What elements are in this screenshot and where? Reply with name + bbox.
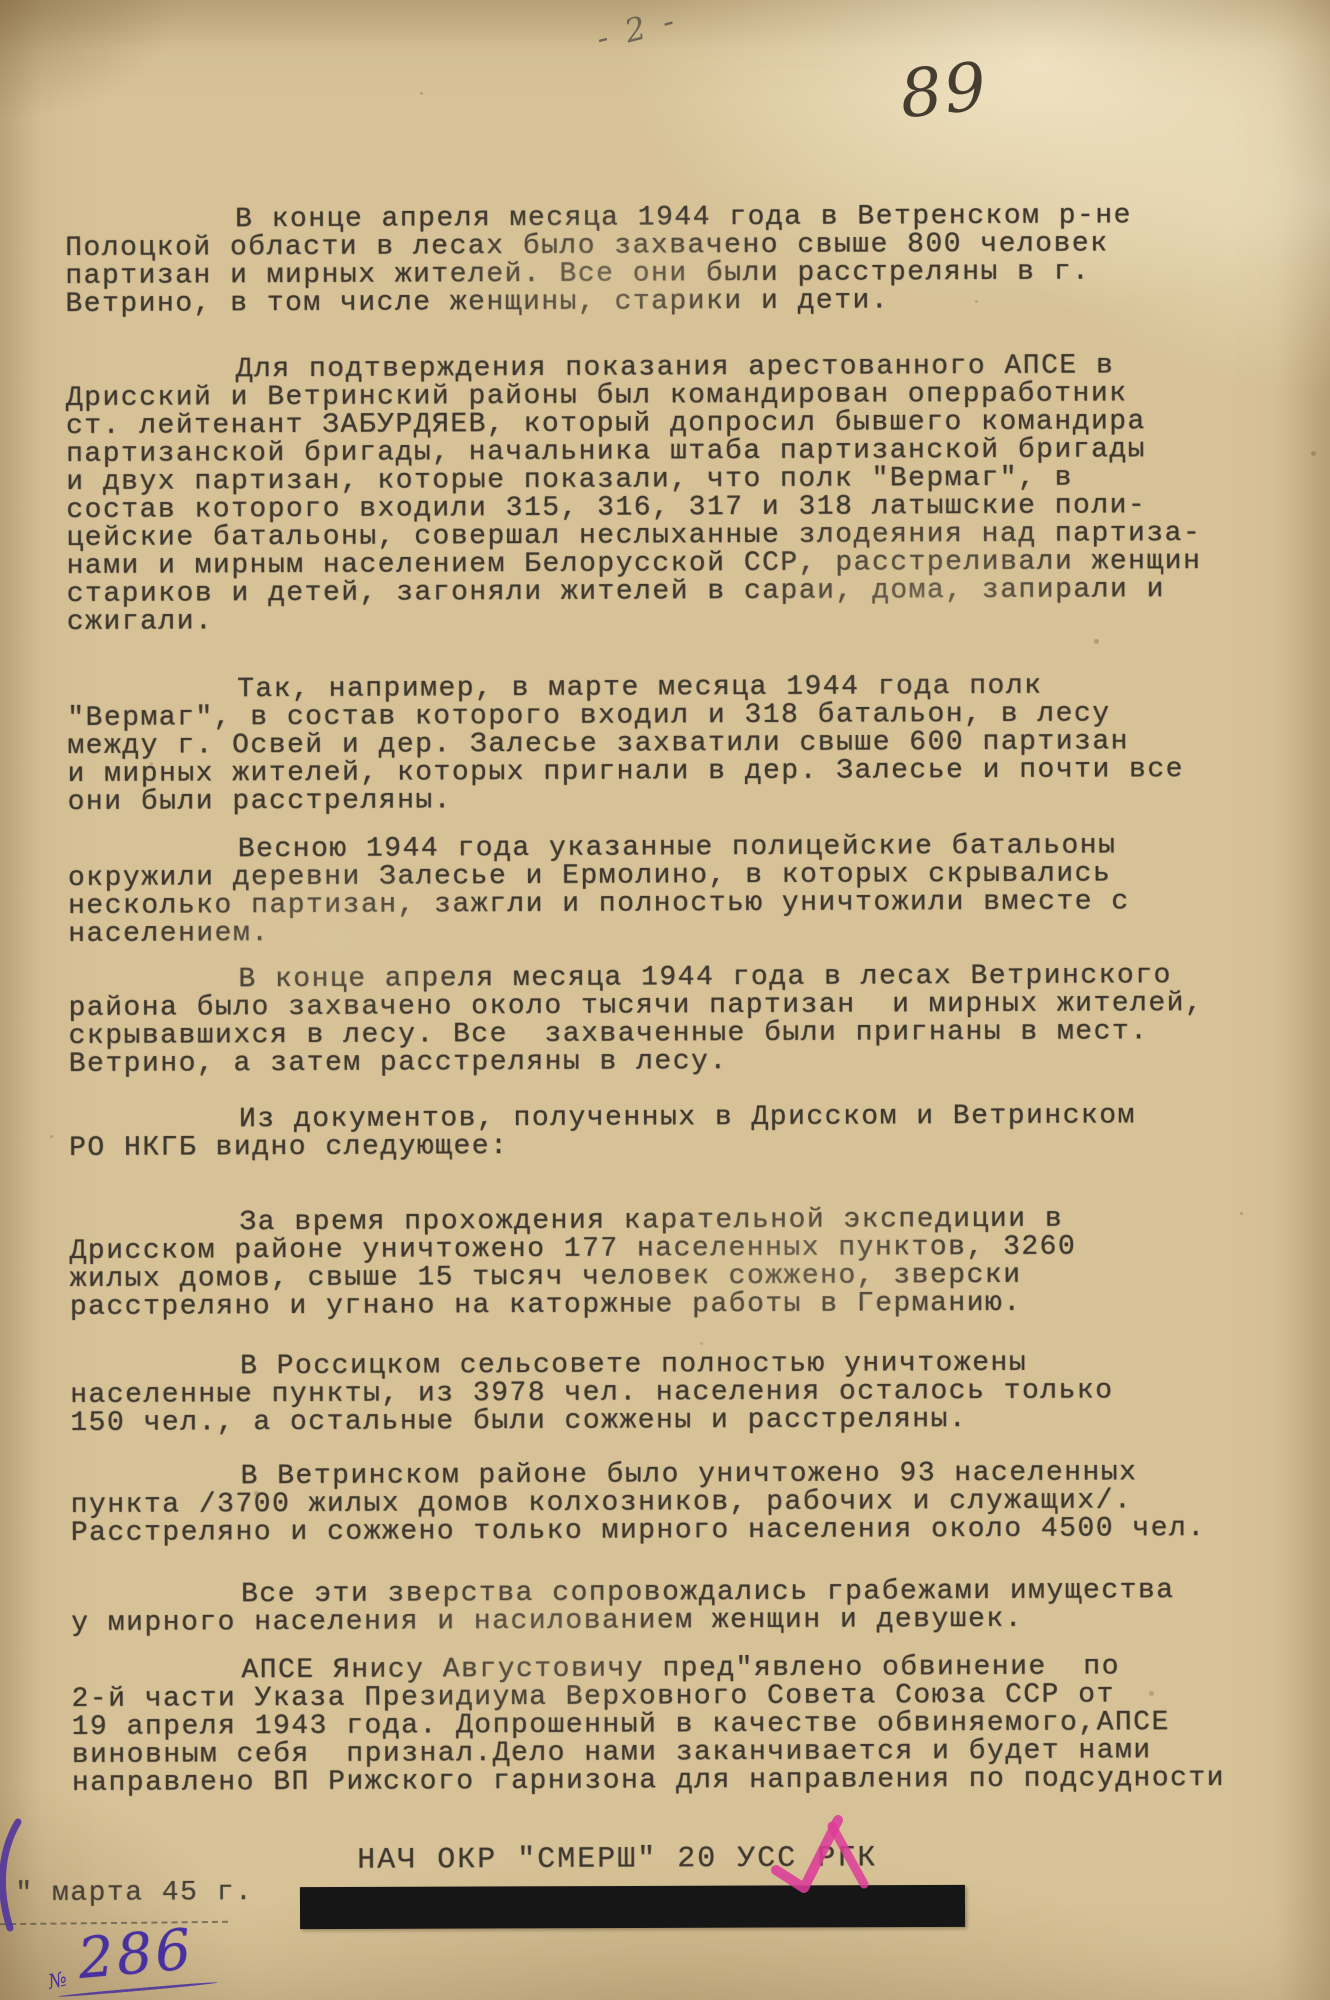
typed-paragraph: Весною 1944 года указанные полицейские б… [68,832,1293,949]
typed-paragraph: Для подтверждения показания арестованног… [66,352,1292,637]
typed-text-block: В конце апреля месяца 1944 года в Ветрен… [0,0,1330,2000]
typed-paragraph: Все эти зверства сопровождались грабежам… [71,1577,1296,1638]
handwritten-registry-number: 286 [75,1917,196,1992]
typed-paragraph: В Ветринском районе было уничтожено 93 н… [71,1459,1296,1548]
typed-paragraph: В конце апреля месяца 1944 года в Ветрен… [65,202,1290,319]
date-line: " марта 45 г. [15,1877,253,1909]
typed-paragraph: Так, например, в марте месяца 1944 года … [67,672,1293,817]
document-page: - 2 - 89 В конце апреля месяца 1944 года… [0,0,1330,2000]
typed-paragraph: За время прохождения карательной экспеди… [69,1205,1294,1322]
redaction-bar [300,1885,965,1929]
signature-title-line: НАЧ ОКР "СМЕРШ" 20 УСС РГК [357,1841,877,1877]
typed-paragraph: В Россицком сельсовете полностью уничтож… [70,1349,1295,1438]
typed-paragraph: В конце апреля месяца 1944 года в лесах … [68,962,1293,1079]
paper-specks [0,0,3,3]
typed-paragraph: АПСЕ Янису Августовичу пред"явлено обвин… [71,1653,1297,1798]
typed-paragraph: Из документов, полученных в Дрисском и В… [69,1102,1294,1163]
